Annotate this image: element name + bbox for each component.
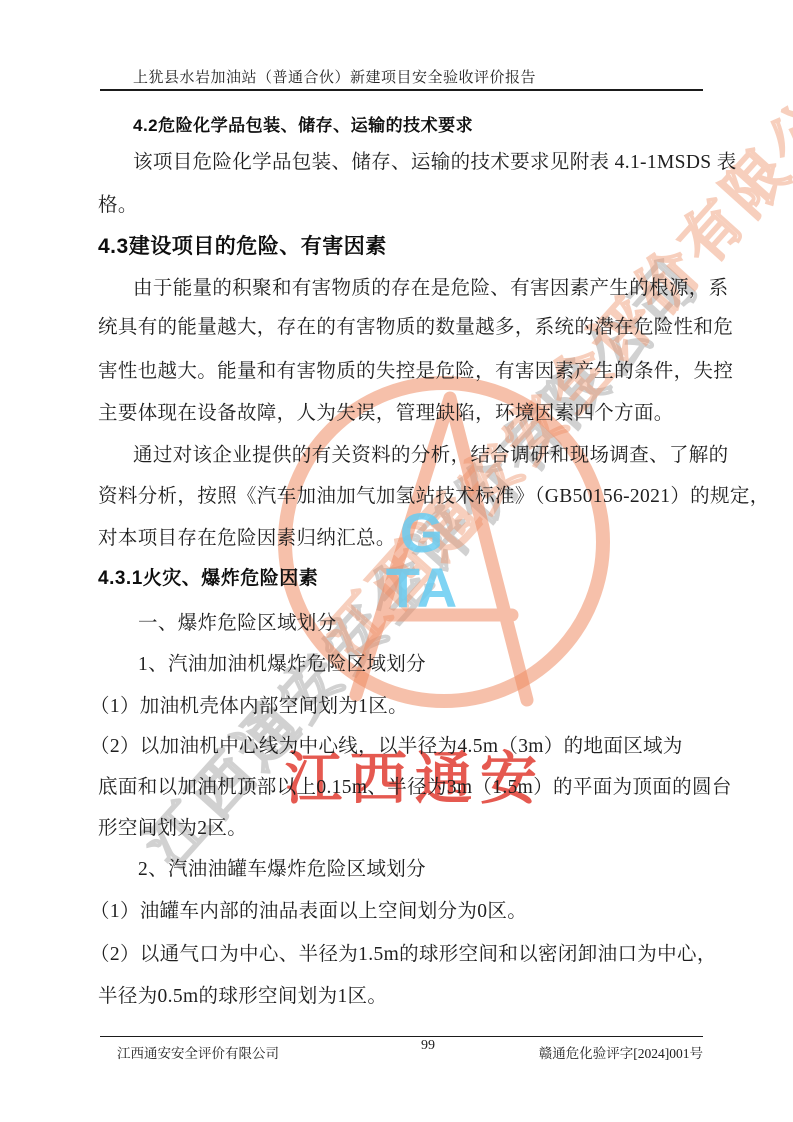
body-line: 底面和以加油机顶部以上0.15m、半径为3m（1.5m）的平面为顶面的圆台	[98, 771, 732, 799]
page-header-title: 上犹县水岩加油站（普通合伙）新建项目安全验收评价报告	[133, 66, 536, 87]
body-line: 半径为0.5m的球形空间划为1区。	[98, 980, 387, 1008]
body-line: （1）加油机壳体内部空间划为1区。	[90, 690, 408, 718]
page-number: 99	[408, 1038, 448, 1054]
section-heading-4-3: 4.3建设项目的危险、有害因素	[98, 230, 387, 260]
header-rule	[100, 89, 703, 91]
body-line: 一、爆炸危险区域划分	[138, 607, 337, 635]
body-line: 格。	[98, 189, 138, 217]
body-line: （2）以通气口为中心、半径为1.5m的球形空间和以密闭卸油口为中心，	[90, 938, 717, 966]
body-line: 该项目危险化学品包装、储存、运输的技术要求见附表 4.1-1MSDS 表	[133, 146, 737, 174]
section-heading-4-2: 4.2危险化学品包装、储存、运输的技术要求	[133, 111, 473, 136]
body-line: 主要体现在设备故障，人为失误，管理缺陷，环境因素四个方面。	[98, 397, 674, 425]
body-line: 资料分析，按照《汽车加油加气加氢站技术标准》（GB50156-2021）的规定，	[98, 480, 770, 508]
footer-doc-number: 赣通危化验评字[2024]001号	[539, 1042, 703, 1062]
body-line: 1、汽油加油机爆炸危险区域划分	[138, 648, 426, 676]
body-line: （1）油罐车内部的油品表面以上空间划分为0区。	[90, 895, 527, 923]
body-line: 2、汽油油罐车爆炸危险区域划分	[138, 853, 426, 881]
body-line: 形空间划为2区。	[98, 812, 247, 840]
body-line: 对本项目存在危险因素归纳汇总。	[98, 522, 396, 550]
body-line: 通过对该企业提供的有关资料的分析，结合调研和现场调查、了解的	[133, 439, 729, 467]
footer-company: 江西通安安全评价有限公司	[117, 1042, 279, 1062]
body-line: （2）以加油机中心线为中心线，以半径为4.5m（3m）的地面区域为	[90, 730, 683, 758]
footer-rule	[100, 1036, 703, 1037]
document-page: 江西通安安全评价有限公司 江西通安安全评价有限公司 G TA 江西通安 上犹县水…	[0, 0, 793, 1122]
body-line: 统具有的能量越大，存在的有害物质的数量越多，系统的潜在危险性和危	[98, 311, 733, 339]
body-line: 害性也越大。能量和有害物质的失控是危险，有害因素产生的条件，失控	[98, 355, 733, 383]
body-line: 由于能量的积聚和有害物质的存在是危险、有害因素产生的根源，系	[133, 272, 729, 300]
section-heading-4-3-1: 4.3.1火灾、爆炸危险因素	[98, 563, 318, 590]
logo-letters-bottom: TA	[372, 561, 472, 616]
